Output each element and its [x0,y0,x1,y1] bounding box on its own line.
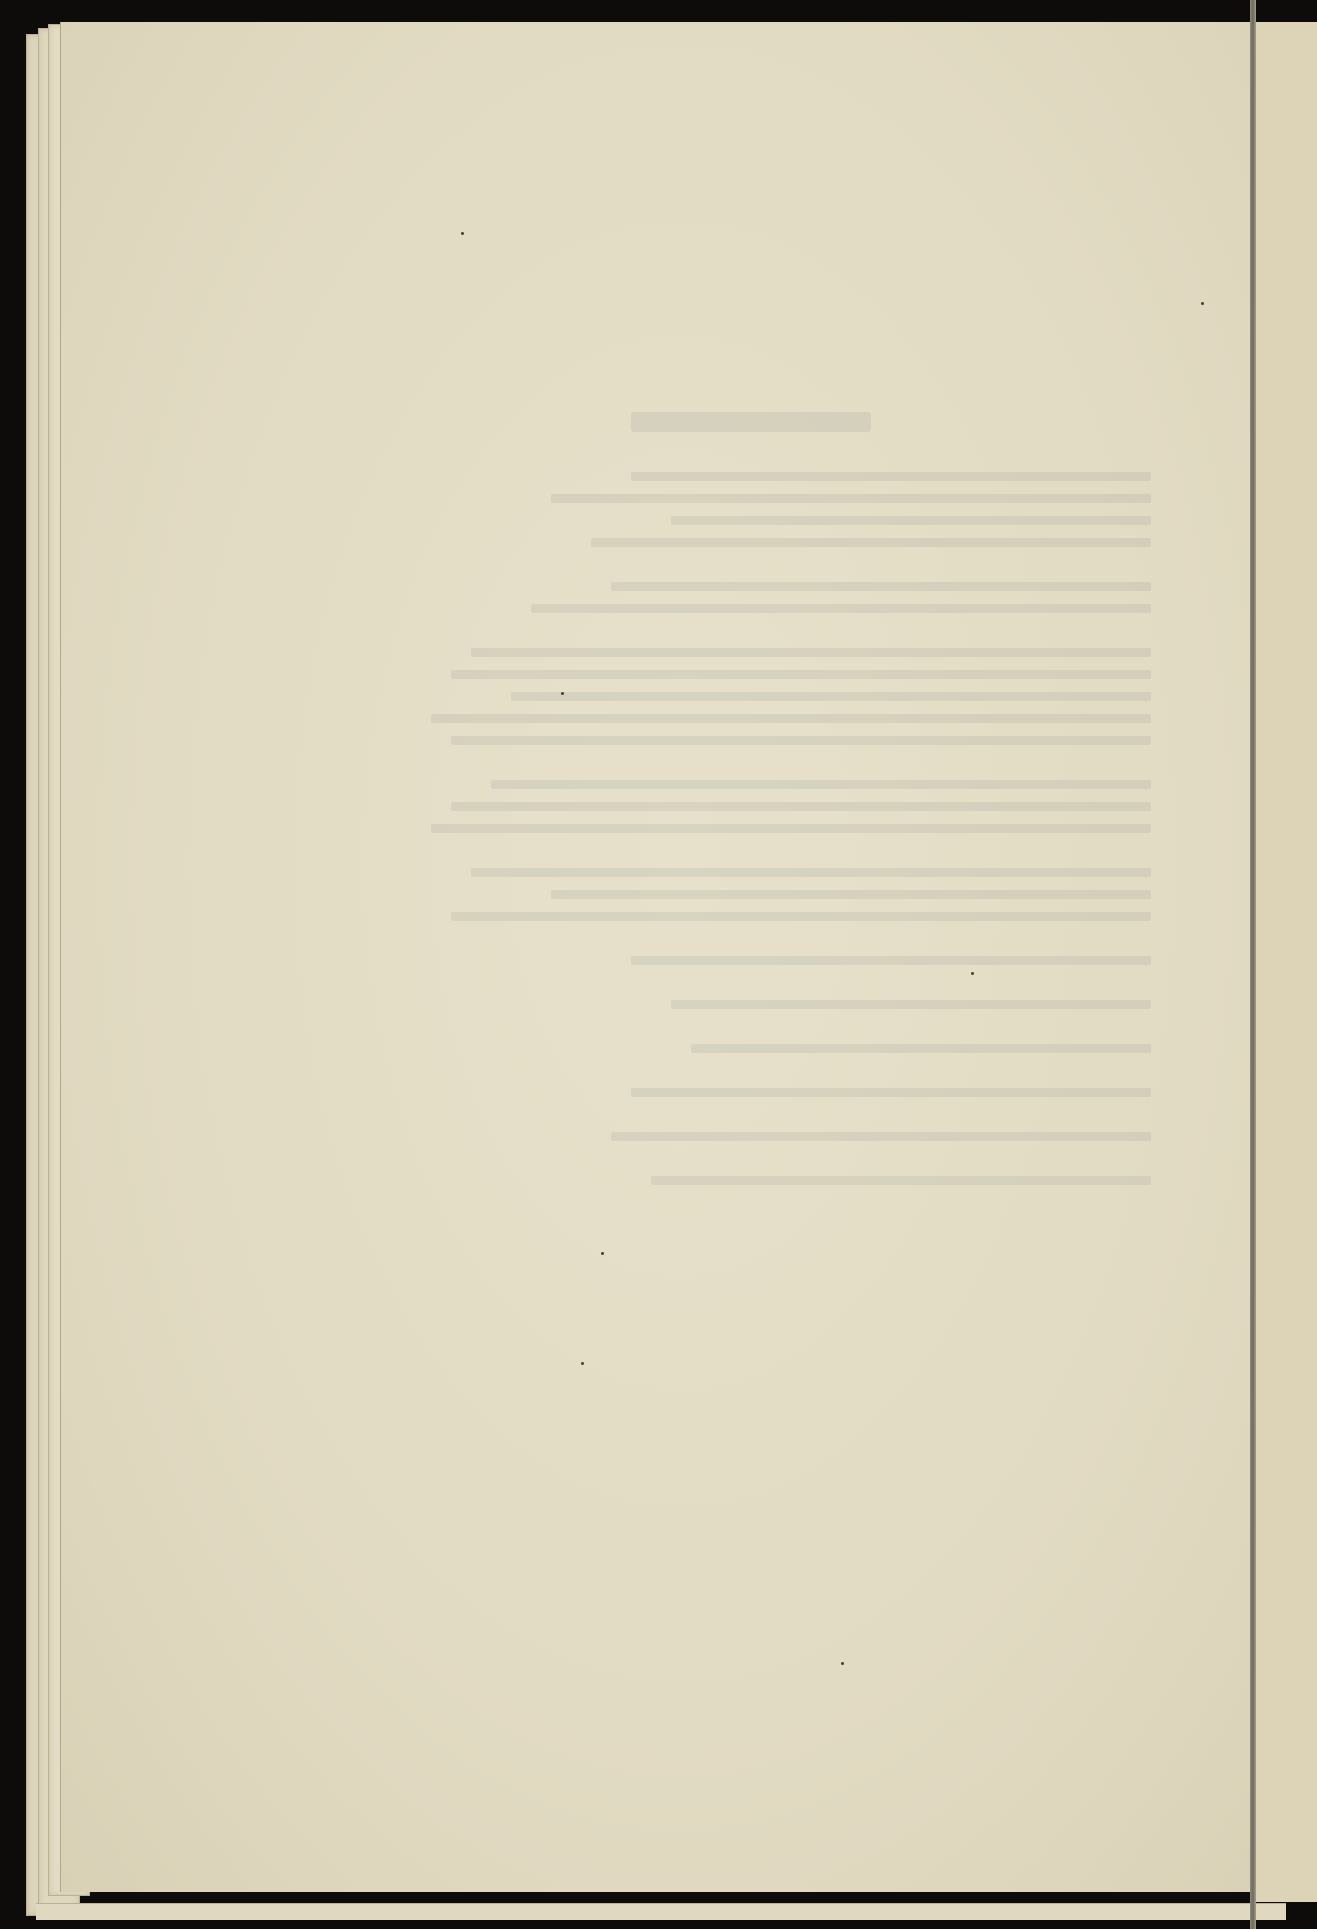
facing-page-edge [1256,22,1317,1902]
blank-page [60,22,1301,1892]
page-leaf-stack [26,22,1296,1920]
show-through-text [331,412,1171,1272]
page-bottom-edge [36,1903,1286,1920]
